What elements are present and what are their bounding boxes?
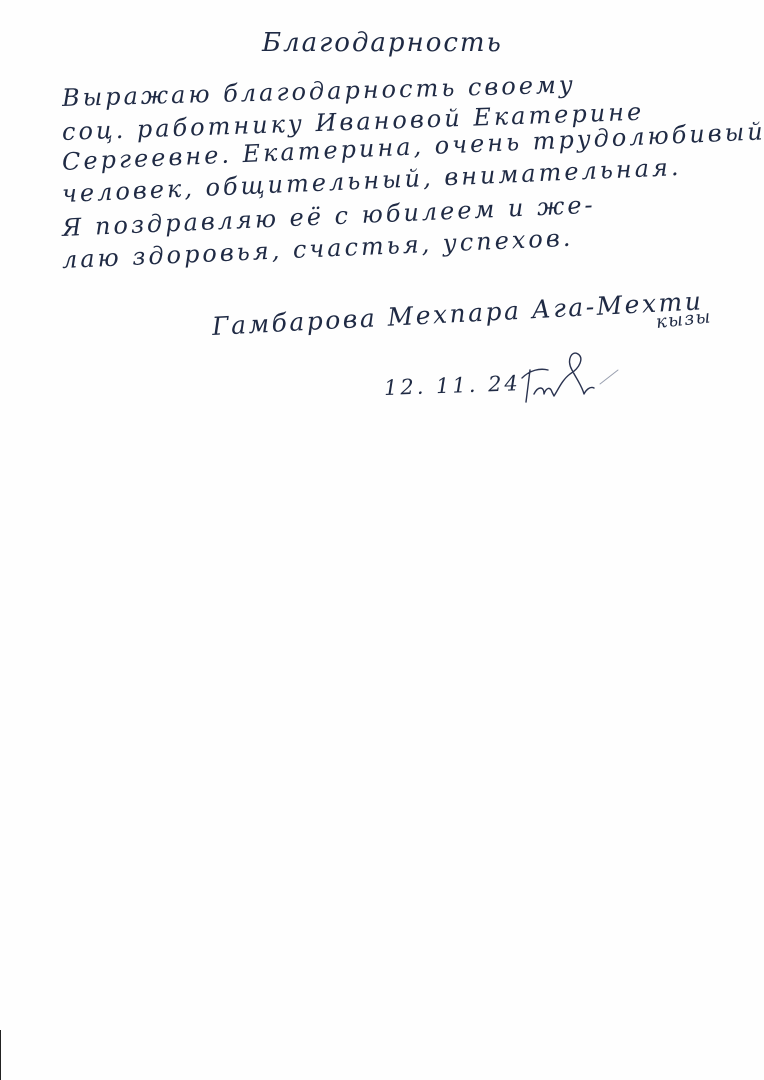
signer-name: Гамбарова Мехпара Ага-Мехти <box>211 286 704 341</box>
scan-edge <box>0 1030 1 1080</box>
letter-title: Благодарность <box>262 28 503 58</box>
signer-name-suffix: кызы <box>655 306 713 333</box>
signature-icon <box>500 330 630 410</box>
handwritten-letter-page: Благодарность Выражаю благодарность свое… <box>0 0 764 1080</box>
